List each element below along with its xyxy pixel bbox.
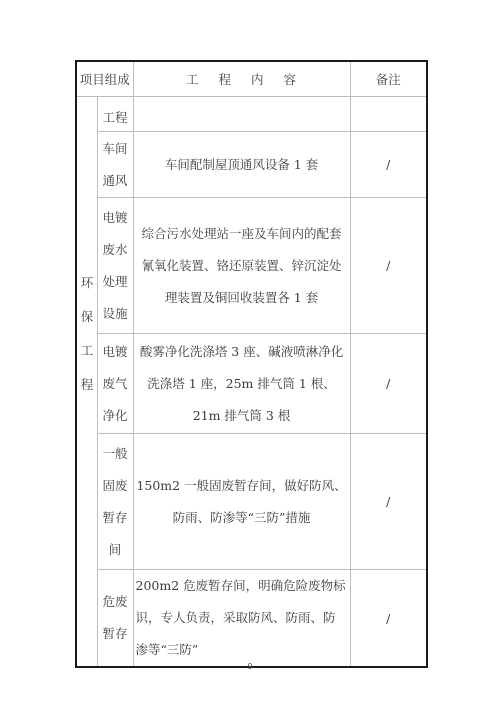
sub-label: 危废暂存 xyxy=(97,570,133,668)
page-number: 9 xyxy=(0,662,500,671)
table-row: 工程 xyxy=(76,97,427,132)
header-content: 工 程 内 容 xyxy=(133,61,350,97)
table-row: 电镀废水处理设施 综合污水处理站一座及车间内的配套氰氧化装置、铬还原装置、锌沉淀… xyxy=(76,198,427,334)
header-remarks: 备注 xyxy=(350,61,427,97)
remarks-cell: / xyxy=(350,198,427,334)
remarks-cell: / xyxy=(350,434,427,570)
table-row: 危废暂存 200m2 危废暂存间，明确危险废物标识，专人负责，采取防风、防雨、防… xyxy=(76,570,427,668)
table-row: 一般固废暂存间 150m2 一般固废暂存间，做好防风、防雨、防渗等“三防”措施 … xyxy=(76,434,427,570)
table-row: 电镀废气净化 酸雾净化洗涤塔 3 座、碱液喷淋净化洗涤塔 1 座，25m 排气筒… xyxy=(76,334,427,434)
table-header-row: 项目组成 工 程 内 容 备注 xyxy=(76,61,427,97)
content-cell: 车间配制屋顶通风设备 1 套 xyxy=(133,132,350,198)
sub-label: 车间通风 xyxy=(97,132,133,198)
remarks-cell: / xyxy=(350,132,427,198)
sub-label: 一般固废暂存间 xyxy=(97,434,133,570)
content-cell: 200m2 危废暂存间，明确危险废物标识，专人负责，采取防风、防雨、防渗等“三防… xyxy=(133,570,350,668)
remarks-cell: / xyxy=(350,570,427,668)
group-cell-top xyxy=(76,97,97,132)
content-cell: 150m2 一般固废暂存间，做好防风、防雨、防渗等“三防”措施 xyxy=(133,434,350,570)
sub-label: 电镀废气净化 xyxy=(97,334,133,434)
group-label: 环保工程 xyxy=(80,266,94,402)
header-composition: 项目组成 xyxy=(76,61,133,97)
sub-label: 电镀废水处理设施 xyxy=(97,198,133,334)
document-page: 项目组成 工 程 内 容 备注 工程 环保工程 车间通风 车间配制屋顶通风设备 … xyxy=(0,0,500,707)
remarks-cell xyxy=(350,97,427,132)
content-cell: 综合污水处理站一座及车间内的配套氰氧化装置、铬还原装置、锌沉淀处理装置及铜回收装… xyxy=(133,198,350,334)
group-cell-environmental: 环保工程 xyxy=(76,132,97,668)
content-cell xyxy=(133,97,350,132)
project-composition-table: 项目组成 工 程 内 容 备注 工程 环保工程 车间通风 车间配制屋顶通风设备 … xyxy=(75,60,428,668)
table-row: 环保工程 车间通风 车间配制屋顶通风设备 1 套 / xyxy=(76,132,427,198)
content-cell: 酸雾净化洗涤塔 3 座、碱液喷淋净化洗涤塔 1 座，25m 排气筒 1 根、21… xyxy=(133,334,350,434)
sub-label: 工程 xyxy=(97,97,133,132)
remarks-cell: / xyxy=(350,334,427,434)
